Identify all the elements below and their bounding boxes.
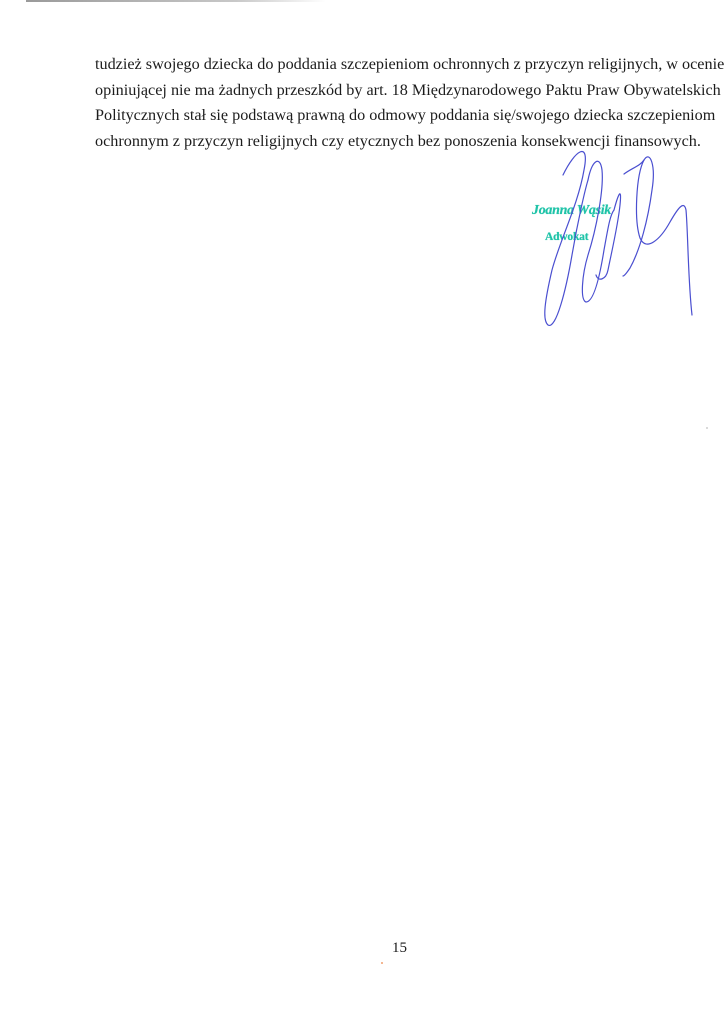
lawyer-stamp: Joanna Wąsik Adwokat	[532, 203, 611, 243]
scan-edge-line	[26, 0, 326, 2]
scan-speck	[706, 427, 708, 429]
page-number: 15	[392, 940, 407, 957]
stamp-title: Adwokat	[545, 231, 611, 243]
stamp-name: Joanna Wąsik	[532, 203, 611, 219]
paragraph-line: Politycznych stał się podstawą prawną do…	[95, 103, 708, 129]
paragraph-line: ochronnym z przyczyn religijnych czy ety…	[95, 129, 708, 155]
body-paragraph: tudzież swojego dziecka do poddania szcz…	[95, 52, 708, 154]
paragraph-line: tudzież swojego dziecka do poddania szcz…	[95, 52, 708, 78]
scan-speck	[381, 962, 383, 964]
paragraph-line: opiniującej nie ma żadnych przeszkód by …	[95, 78, 708, 104]
